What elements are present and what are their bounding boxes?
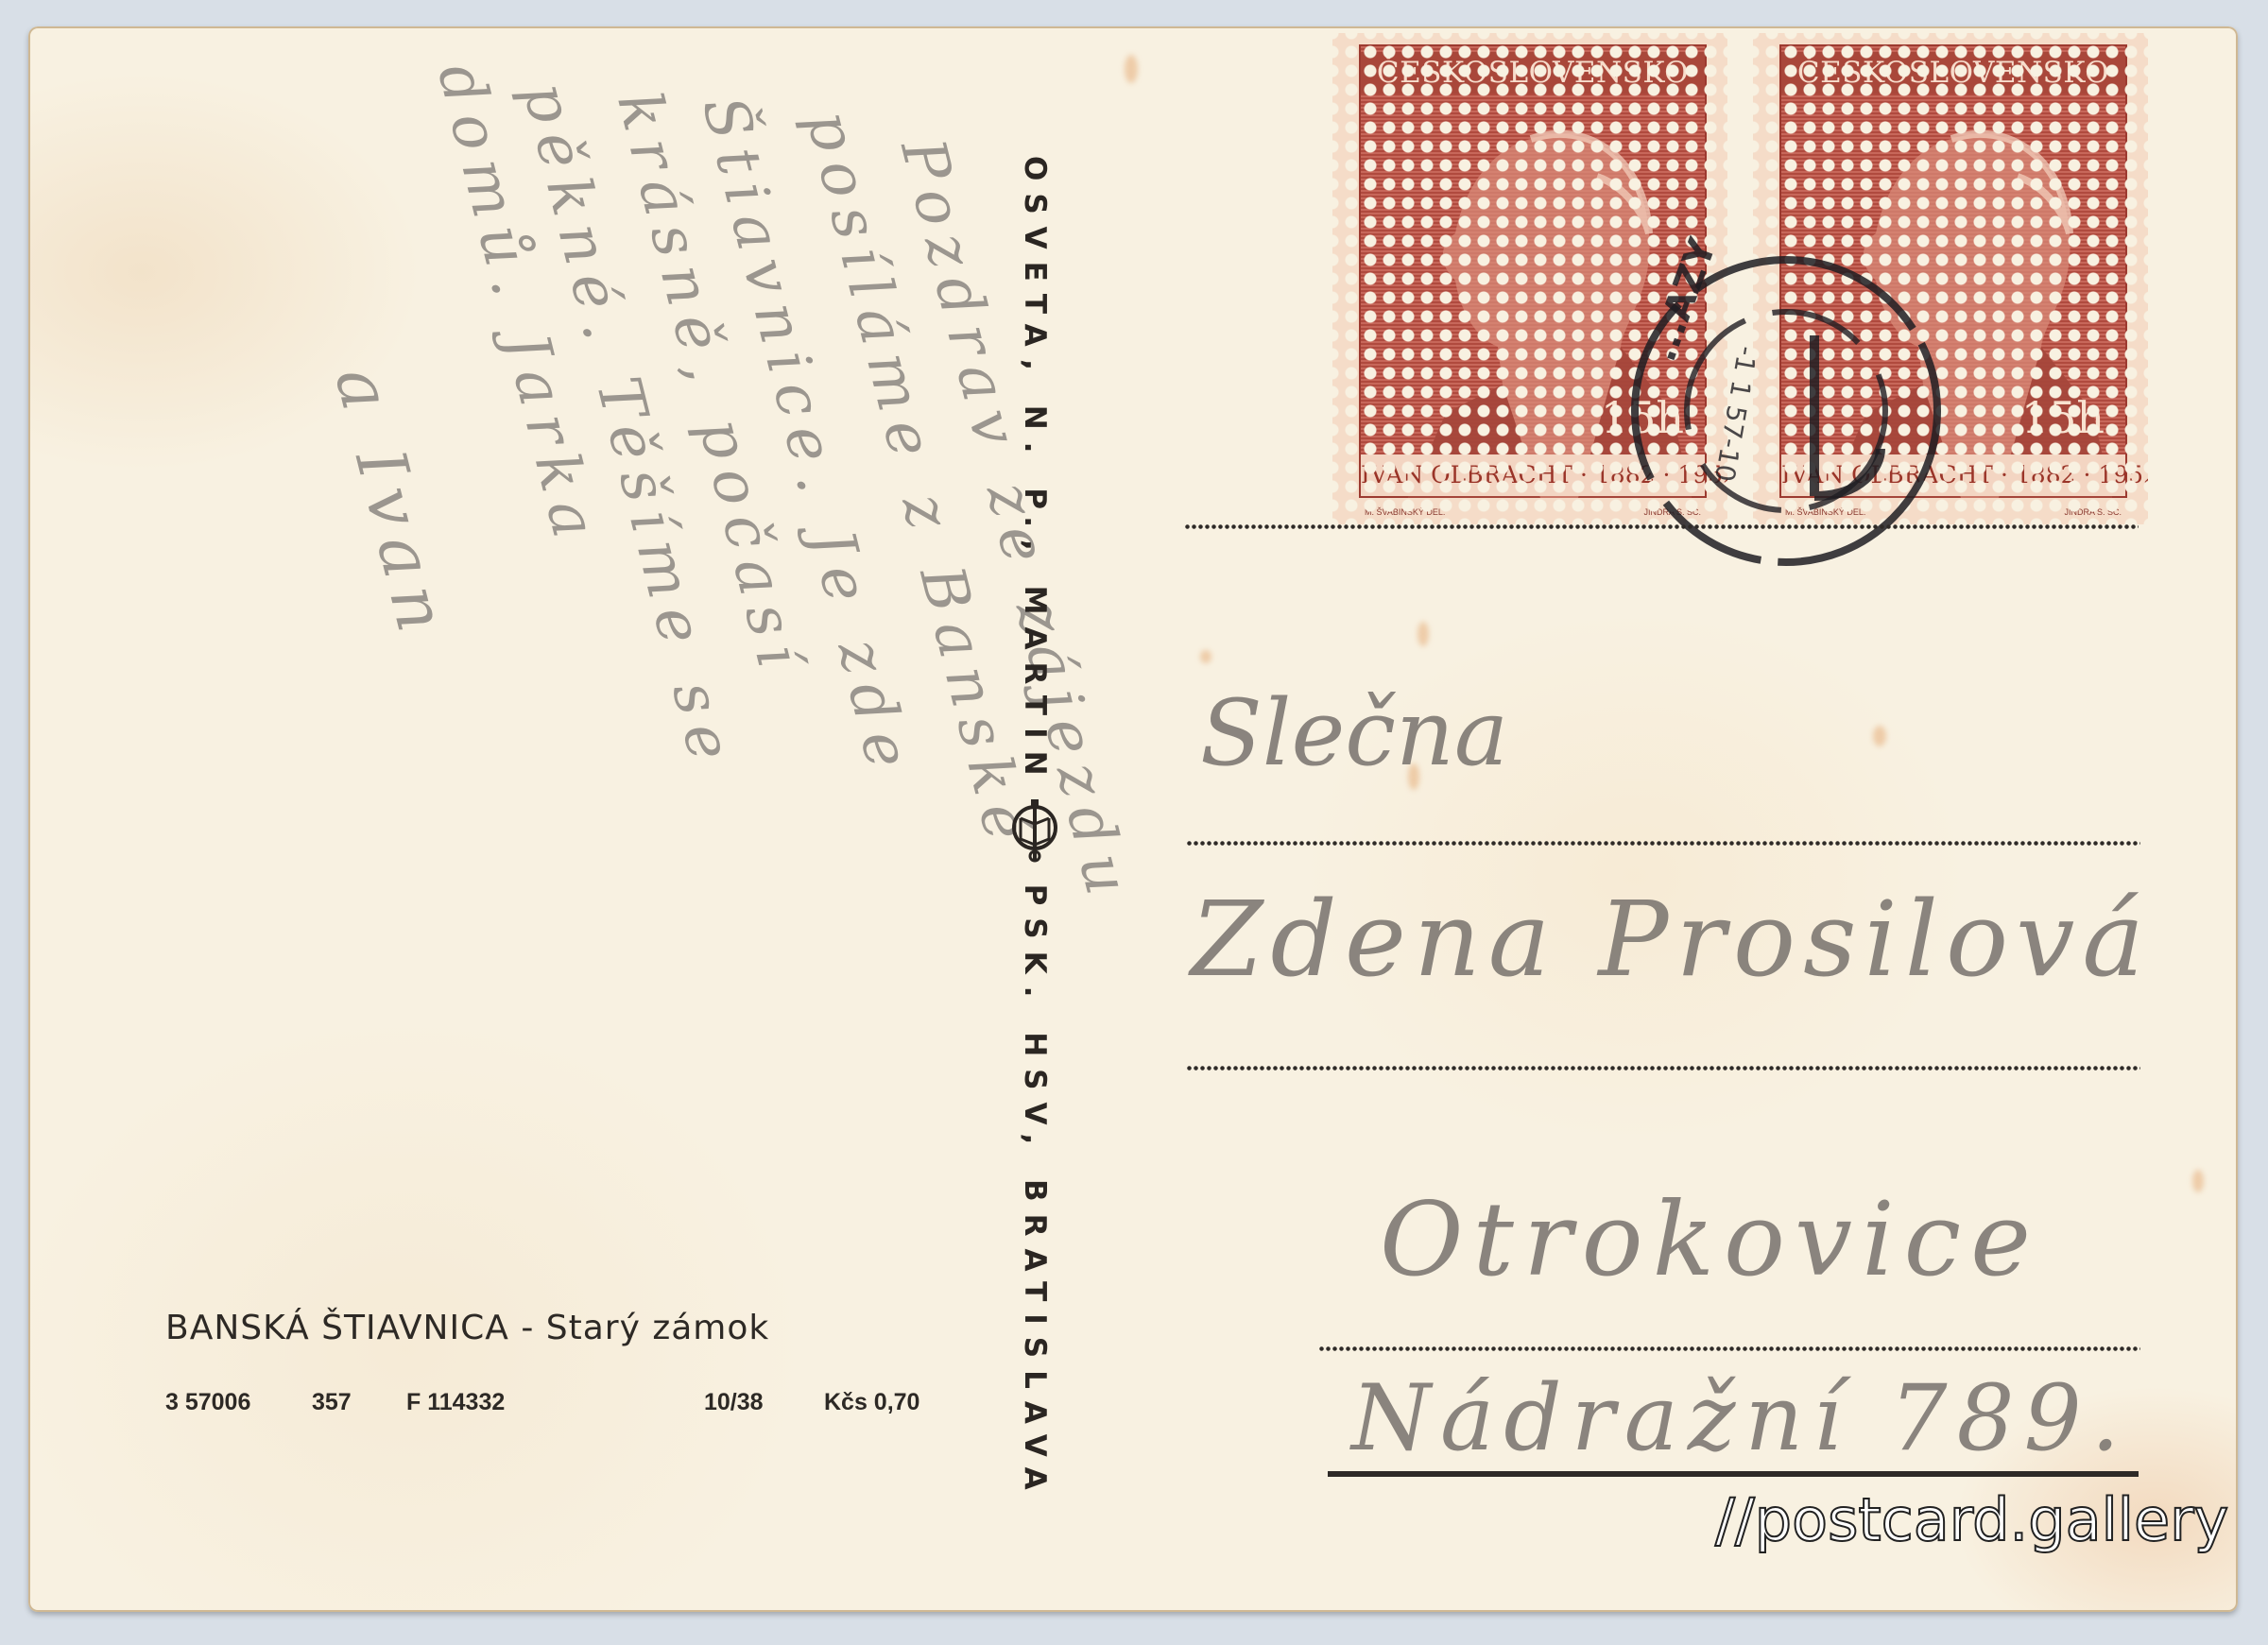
address-line-1: Slečna: [1200, 680, 1508, 786]
stain: [1873, 726, 1886, 746]
stamp-country: ČESKOSLOVENSKO: [1781, 52, 2125, 94]
stain: [1200, 650, 1211, 663]
address-baseline: [1328, 1471, 2139, 1477]
book-globe-logo-icon: [1002, 797, 1068, 864]
address-separator: [1186, 841, 2140, 846]
postmark-date: -1 1 57-10: [1709, 344, 1763, 484]
catalog-code: 357: [312, 1389, 352, 1416]
catalog-code: 3 57006: [165, 1389, 250, 1416]
stamp-value: 15h: [2021, 392, 2105, 443]
publisher-bottom: PSK. HSV, BRATISLAVA: [1018, 884, 1052, 1502]
address-line-2: Zdena Prosilová: [1191, 879, 2152, 1000]
print-run-code: 10/38: [704, 1389, 764, 1416]
stamp-country: ČESKOSLOVENSKO: [1361, 52, 1705, 94]
address-separator: [1184, 524, 2139, 529]
postcard-caption: BANSKÁ ŠTIAVNICA - Starý zámok: [165, 1309, 769, 1347]
address-line-4: Nádražní 789.: [1351, 1365, 2129, 1471]
stamp-engraver: JINDRA S. SC.: [2064, 507, 2122, 517]
stain: [1125, 55, 1138, 83]
catalog-code: F 114332: [406, 1389, 505, 1416]
address-line-3: Otrokovice: [1380, 1181, 2040, 1299]
address-separator: [1318, 1346, 2140, 1351]
postmark-cancellation: ...AZY -1 1 57-10: [1597, 222, 1975, 600]
stain: [1417, 622, 1429, 646]
publisher-top: OSVETA, N. P., MARTIN: [1018, 156, 1052, 788]
watermark: //postcard.gallery: [1715, 1485, 2228, 1554]
address-separator: [1186, 1066, 2140, 1071]
stain: [2192, 1170, 2204, 1192]
publisher-imprint: OSVETA, N. P., MARTIN PSK. HSV, BRATISLA…: [1002, 156, 1068, 1502]
stamp-designer: M. ŠVABINSKÝ DEL.: [1365, 507, 1445, 517]
price: Kčs 0,70: [824, 1389, 919, 1416]
